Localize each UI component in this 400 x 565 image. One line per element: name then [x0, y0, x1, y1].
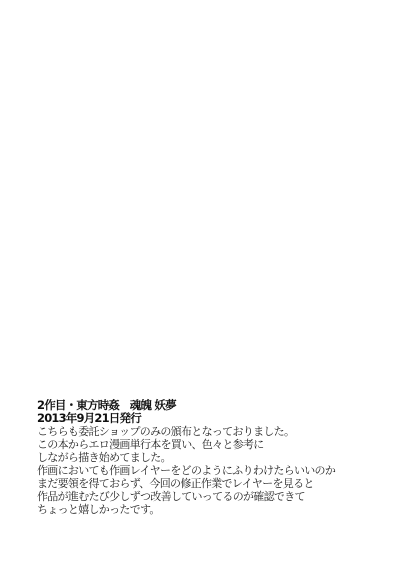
afterword-line-6: 作品が進むたび少しずつ改善していってるのが確認できて	[37, 490, 335, 503]
afterword-line-3: しながら描き始めてました。	[37, 451, 335, 464]
afterword-line-1: こちらも委託ショップのみの頒布となっておりました。	[37, 425, 335, 438]
afterword-page: 2作目・東方時姦 魂魄 妖夢 2013年9月21日発行 こちらも委託ショップのみ…	[0, 0, 400, 565]
afterword-line-2: この本からエロ漫画単行本を買い、色々と参考に	[37, 438, 335, 451]
publish-date: 2013年9月21日発行	[37, 412, 335, 425]
afterword-line-4: 作画においても作画レイヤーをどのようにふりわけたらいいのか	[37, 464, 335, 477]
afterword-text-block: 2作目・東方時姦 魂魄 妖夢 2013年9月21日発行 こちらも委託ショップのみ…	[37, 399, 335, 516]
afterword-line-5: まだ要領を得ておらず、今回の修正作業でレイヤーを見ると	[37, 477, 335, 490]
afterword-line-7: ちょっと嬉しかったです。	[37, 503, 335, 516]
